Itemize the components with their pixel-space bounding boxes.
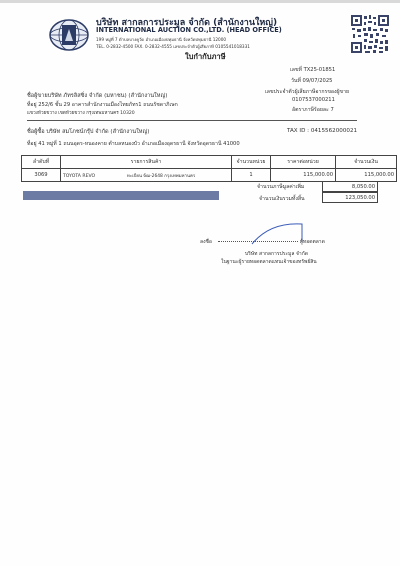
buyer-address: ที่อยู่ 41 หมู่ที่ 1 ถนนอุดร-หนองคาย ตำบ… <box>27 140 240 148</box>
table-header-row: ลำดับที่ รายการสินค้า จำนวนหน่วย ราคาต่อ… <box>22 156 397 169</box>
signer-role: ผู้ทอดตลาด <box>300 238 325 246</box>
company-name-en: INTERNATIONAL AUCTION CO.,LTD. (HEAD OFF… <box>96 26 282 34</box>
signer-capacity: ในฐานะผู้รายทอดตลาดแทนเจ้าของทรัพย์สิน <box>221 258 317 266</box>
signature-line <box>218 241 298 242</box>
items-table: ลำดับที่ รายการสินค้า จำนวนหน่วย ราคาต่อ… <box>21 155 397 182</box>
seller-address-1: ที่อยู่ 252/6 ชั้น 29 อาคารสำนักงานเมือง… <box>27 101 178 109</box>
invoice-date-label: วันที่ <box>291 78 301 84</box>
col-qty: จำนวนหน่วย <box>232 156 271 169</box>
vat-rate: อัตราภาษีร้อยละ 7 <box>292 106 334 114</box>
signer-company: บริษัท สากลการประมูล จำกัด <box>245 250 308 258</box>
company-address: 199 หมู่ที่ 7 ตำบลบางคูวัด อำเภอเมืองปทุ… <box>96 36 226 43</box>
document-title: ใบกำกับภาษี <box>185 51 226 63</box>
row-item: TOYOTA REVO ทะเบียน 6ฒ-2648 กรุงเทพมหานค… <box>61 169 232 182</box>
tax-invoice-page: บริษัท สากลการประมูล จำกัด (สำนักงานใหญ่… <box>0 0 400 566</box>
vat-label: จำนวนภาษีมูลค่าเพิ่ม <box>257 183 304 191</box>
buyer-tax-id: TAX ID : 0415562000021 <box>287 128 357 134</box>
total-amount: 123,050.00 <box>322 192 378 203</box>
col-amount: จำนวนเงิน <box>336 156 397 169</box>
invoice-number: TX25-01851 <box>304 67 336 73</box>
col-seq: ลำดับที่ <box>22 156 61 169</box>
seller-tax-label: เลขประจำตัวผู้เสียภาษีอากรของผู้ขาย <box>265 88 349 96</box>
seller-name: ชื่อผู้ขายบริษัท ภัทรลิสซิ่ง จำกัด (มหาช… <box>27 92 167 100</box>
invoice-date: 09/07/2025 <box>303 78 333 84</box>
divider <box>27 120 357 121</box>
qr-code-icon <box>350 14 390 54</box>
seller-address-2: แขวงห้วยขวาง เขตห้วยขวาง กรุงเทพมหานคร 1… <box>27 110 135 117</box>
col-unit-price: ราคาต่อหน่วย <box>271 156 336 169</box>
row-item-name: TOYOTA REVO <box>63 174 95 179</box>
row-seq: 3069 <box>22 169 61 182</box>
company-contact: TEL. 0-2832-4500 FAX. 0-2832-4555 เลขประ… <box>96 43 250 50</box>
table-row: 3069 TOYOTA REVO ทะเบียน 6ฒ-2648 กรุงเทพ… <box>22 169 397 182</box>
redaction-band <box>23 191 219 200</box>
total-label: จำนวนเงินรวมทั้งสิ้น <box>259 195 305 203</box>
invoice-number-label: เลขที่ <box>290 67 302 73</box>
row-unit-price: 115,000.00 <box>271 169 336 182</box>
row-item-plate: ทะเบียน 6ฒ-2648 กรุงเทพมหานคร <box>127 174 195 179</box>
buyer-name: ชื่อผู้ซื้อ บริษัท สมโภชน์กรุ๊ป จำกัด (ส… <box>27 128 149 136</box>
vat-amount: 8,050.00 <box>322 181 378 192</box>
row-qty: 1 <box>232 169 271 182</box>
invoice-number-row: เลขที่ TX25-01851 <box>290 66 335 74</box>
col-item: รายการสินค้า <box>61 156 232 169</box>
invoice-date-row: วันที่ 09/07/2025 <box>291 77 332 85</box>
seller-tax-id: 0107537000211 <box>292 97 335 103</box>
scan-edge <box>0 0 400 3</box>
globe-logo-icon <box>49 17 89 53</box>
sign-label: ลงชื่อ <box>200 238 212 246</box>
row-amount: 115,000.00 <box>336 169 397 182</box>
